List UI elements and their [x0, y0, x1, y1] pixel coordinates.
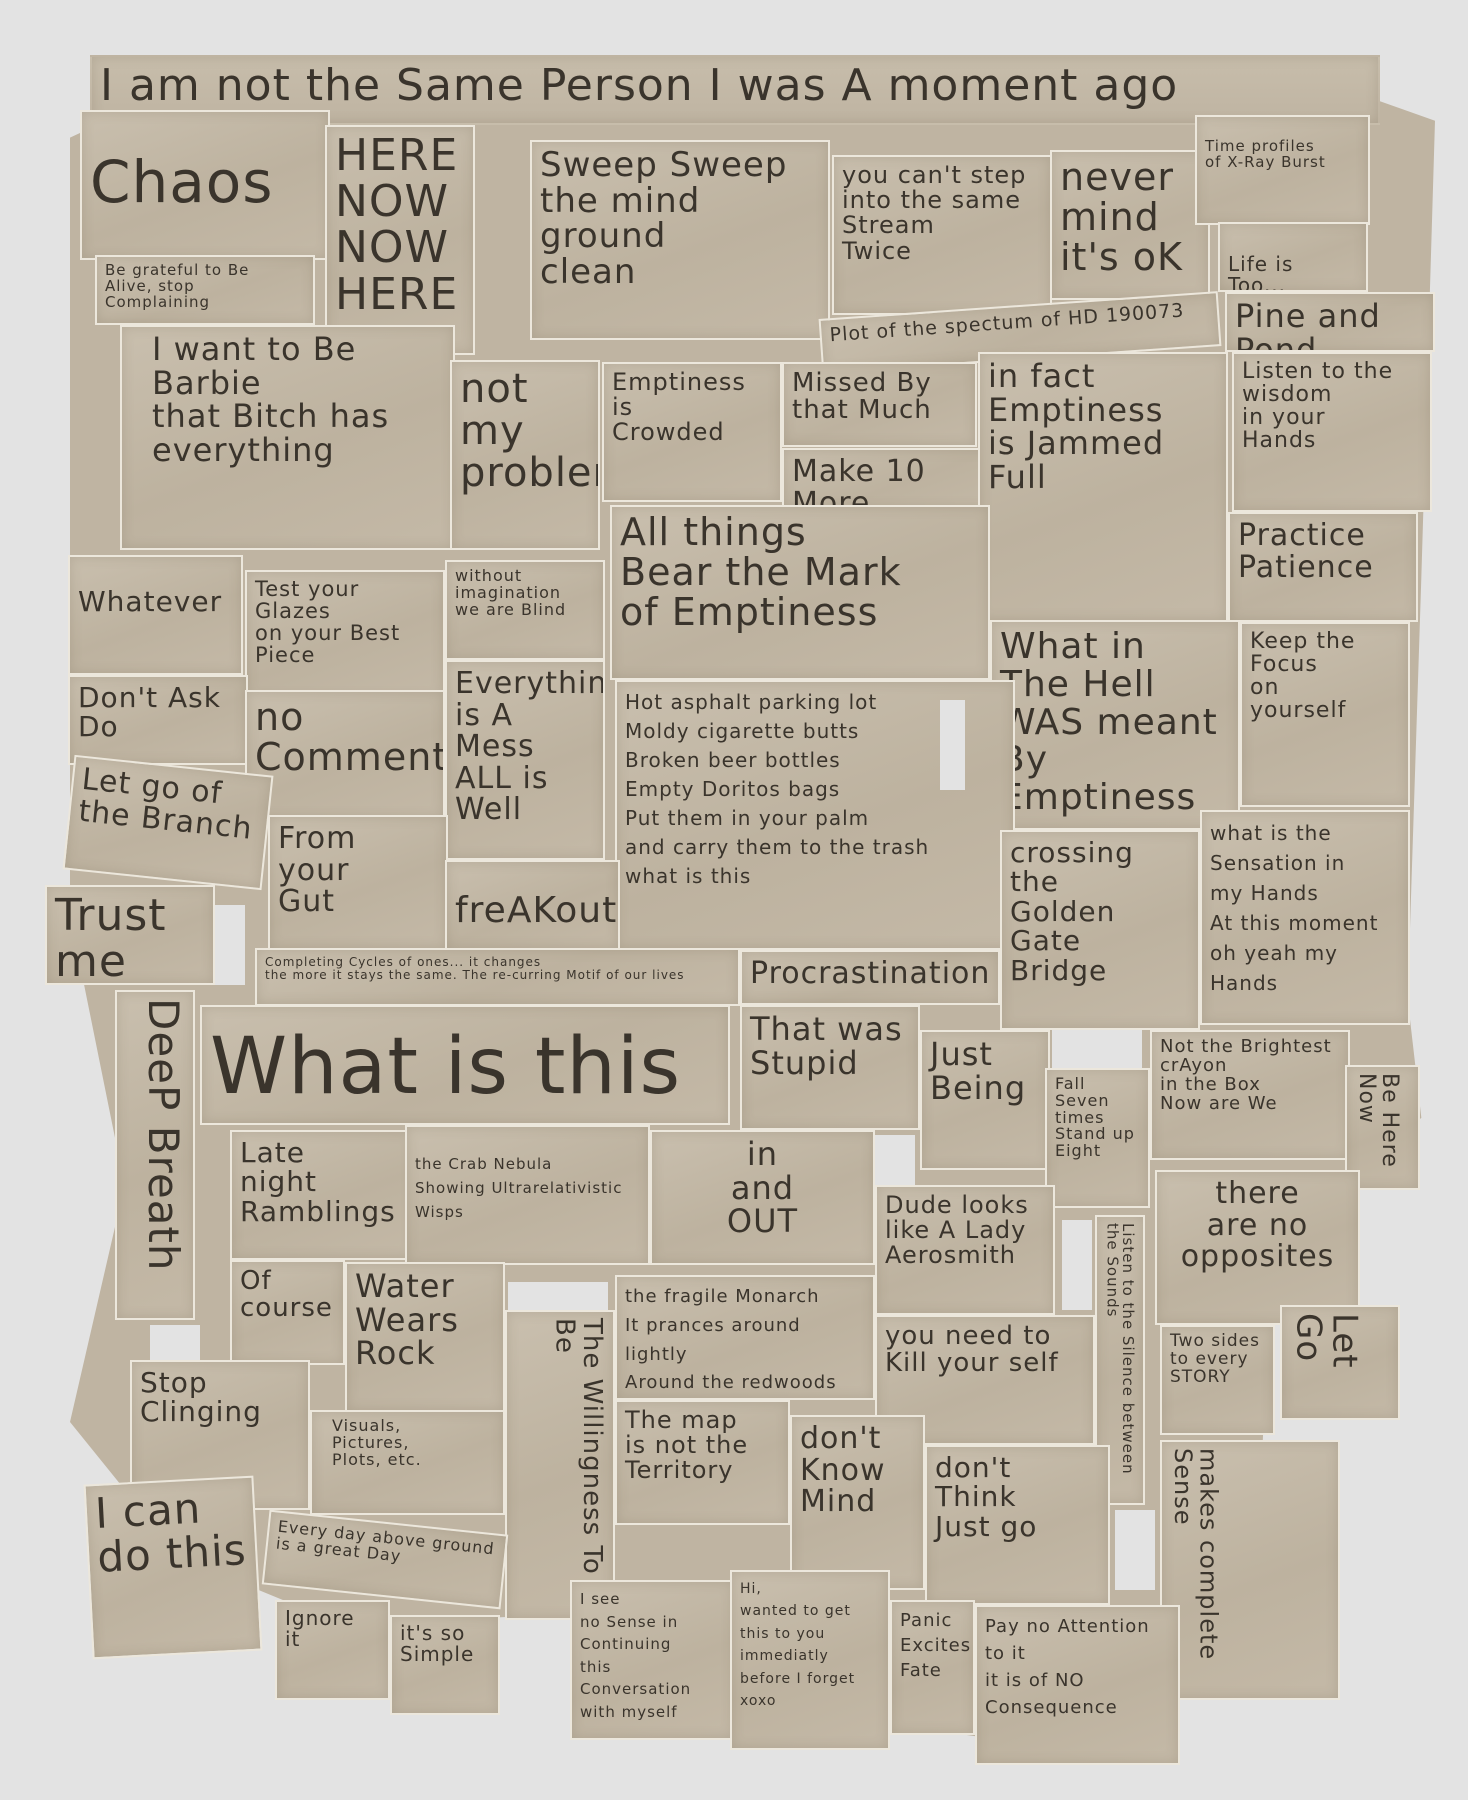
patch-listen-wisdom: Listen to the wisdom in your Hands: [1232, 352, 1432, 512]
patch-hi-note: Hi, wanted to get this to you immediatly…: [730, 1570, 890, 1750]
patch-water-rock: Water Wears Rock: [345, 1262, 505, 1412]
patch-text: What is this: [210, 1027, 720, 1109]
patch-sweep: Sweep Sweep the mind ground clean: [530, 140, 830, 340]
patch-text: what is the Sensation in my Hands At thi…: [1210, 818, 1400, 998]
fabric-hole: [215, 905, 245, 985]
fabric-hole: [1062, 1220, 1092, 1310]
patch-barbie: I want to Be Barbie that Bitch has every…: [120, 325, 455, 550]
patch-text: the fragile Monarch It prances around li…: [625, 1283, 865, 1398]
patch-text: Everything is A Mess ALL is Well: [455, 668, 595, 826]
patch-no-opposites: there are no opposites: [1155, 1170, 1360, 1325]
patch-what-in-hell: What in The Hell WAS meant By Emptiness: [990, 620, 1240, 830]
patch-text: in fact Emptiness is Jammed Full: [988, 360, 1218, 494]
patch-text: in and OUT: [660, 1138, 865, 1239]
patch-procrastination: Procrastination: [740, 950, 1000, 1005]
patch-text: Two sides to every STORY: [1170, 1333, 1265, 1387]
patch-text: the Crab Nebula Showing Ultrarelativisti…: [415, 1152, 640, 1224]
patch-ignore: Ignore it: [275, 1600, 390, 1700]
patch-text: Time profiles of X-Ray Burst: [1205, 139, 1360, 171]
patch-text: Completing Cycles of ones... it changes …: [265, 956, 730, 981]
patch-text: The Willingness To Be: [550, 1318, 605, 1612]
patch-of-course: Of course: [230, 1260, 345, 1365]
patch-text: there are no opposites: [1165, 1178, 1350, 1273]
patch-text: Stop Clinging: [140, 1368, 300, 1427]
patch-pine-pond: Pine and Pond: [1225, 292, 1435, 352]
patch-text: Missed By that Much: [792, 370, 967, 425]
patch-text: no Comment: [255, 698, 435, 778]
patch-text: Let go of the Branch: [77, 764, 263, 845]
patch-deep-breath: DeeP Breath: [115, 990, 195, 1320]
patch-text: it's so Simple: [400, 1623, 490, 1665]
patch-text: Test your Glazes on your Best Piece: [255, 578, 435, 666]
patch-here-now: HERE NOW NOW HERE: [325, 125, 475, 355]
patch-willingness: The Willingness To Be: [505, 1310, 615, 1620]
patch-stupid: That was Stupid: [740, 1005, 920, 1130]
patch-text: Practice Patience: [1238, 520, 1408, 583]
patch-text: I see no Sense in Continuing this Conver…: [580, 1588, 725, 1723]
patch-text: Visuals, Pictures, Plots, etc.: [332, 1418, 495, 1468]
patch-dont-know: don't Know Mind: [790, 1415, 925, 1590]
patch-no-comment: no Comment: [245, 690, 445, 820]
patch-whatever: Whatever: [68, 555, 243, 675]
patch-all-things: All things Bear the Mark of Emptiness: [610, 505, 990, 680]
patch-dont-ask: Don't Ask Do: [68, 675, 248, 765]
patch-practice: Practice Patience: [1228, 512, 1418, 622]
patch-text: without imagination we are Blind: [455, 568, 595, 618]
patch-not-my-problem: not my problem: [450, 360, 600, 550]
patch-keep-focus: Keep the Focus on yourself: [1240, 622, 1410, 807]
patch-sensation: what is the Sensation in my Hands At thi…: [1200, 810, 1410, 1025]
patch-late-night: Late night Ramblings: [230, 1130, 415, 1260]
patch-text: Just Being: [930, 1038, 1040, 1105]
patch-text: Let Go: [1290, 1313, 1361, 1412]
patch-text: don't Know Mind: [800, 1423, 915, 1518]
patch-text: Don't Ask Do: [78, 683, 238, 742]
patch-missed: Missed By that Much: [782, 362, 977, 447]
patch-text: Emptiness is Crowded: [612, 370, 772, 446]
patch-text: Water Wears Rock: [355, 1270, 495, 1371]
patch-text: I am not the Same Person I was A moment …: [100, 63, 1370, 109]
patch-fall-seven: Fall Seven times Stand up Eight: [1045, 1068, 1150, 1208]
patch-text: Pine and Pond: [1235, 300, 1425, 352]
patch-life-too: Life is Too...: [1218, 222, 1368, 292]
patch-so-simple: it's so Simple: [390, 1615, 500, 1715]
patch-text: Make 10 More: [792, 456, 997, 510]
patch-text: All things Bear the Mark of Emptiness: [620, 513, 980, 633]
patch-text: Hi, wanted to get this to you immediatly…: [740, 1578, 880, 1712]
patch-text: Keep the Focus on yourself: [1250, 630, 1400, 722]
patch-text: DeeP Breath: [141, 998, 185, 1312]
patch-text: Be grateful to Be Alive, stop Complainin…: [105, 263, 305, 310]
patch-text: not my problem: [460, 368, 590, 494]
patch-dont-think: don't Think Just go: [925, 1445, 1110, 1605]
patch-crossing: crossing the Golden Gate Bridge: [1000, 830, 1200, 1030]
patch-text: Be Here Now: [1355, 1073, 1401, 1182]
patch-in-out: in and OUT: [650, 1130, 875, 1265]
patch-everything-mess: Everything is A Mess ALL is Well: [445, 660, 605, 860]
patch-two-sides: Two sides to every STORY: [1160, 1325, 1275, 1435]
patch-text: Life is Too...: [1228, 254, 1358, 292]
patch-text: Of course: [240, 1268, 335, 1323]
patch-no-sense: I see no Sense in Continuing this Conver…: [570, 1580, 735, 1740]
patch-text: What in The Hell WAS meant By Emptiness: [1000, 628, 1230, 817]
patch-trust: Trust me: [45, 885, 215, 985]
patch-text: never mind it's oK: [1060, 158, 1200, 278]
fabric-hole: [940, 700, 965, 790]
patch-dude: Dude looks like A Lady Aerosmith: [875, 1185, 1055, 1315]
patch-text: That was Stupid: [750, 1013, 910, 1080]
patch-panic: Panic Excites Fate: [890, 1600, 975, 1735]
patch-never-mind: never mind it's oK: [1050, 150, 1210, 300]
patch-text: Whatever: [78, 587, 233, 616]
patch-text: Procrastination: [750, 958, 990, 990]
fabric-hole: [875, 1135, 915, 1190]
patch-text: crossing the Golden Gate Bridge: [1010, 838, 1190, 985]
patch-let-go: Let go of the Branch: [63, 755, 274, 890]
patch-text: don't Think Just go: [935, 1453, 1100, 1541]
patch-i-can: I can do this: [84, 1476, 263, 1660]
patch-text: Dude looks like A Lady Aerosmith: [885, 1193, 1045, 1269]
patch-text: freAKout: [455, 892, 610, 930]
patch-what-is-this: What is this: [200, 1005, 730, 1125]
patch-in-fact: in fact Emptiness is Jammed Full: [978, 352, 1228, 622]
patch-make-more: Make 10 More: [782, 448, 1007, 510]
patch-text: Chaos: [90, 152, 320, 213]
patch-just-being: Just Being: [920, 1030, 1050, 1170]
patch-from-gut: From your Gut: [268, 815, 448, 950]
patch-text: Listen to the wisdom in your Hands: [1242, 360, 1422, 452]
patch-text: Not the Brightest crAyon in the Box Now …: [1160, 1038, 1340, 1114]
patch-xray: Time profiles of X-Ray Burst: [1195, 115, 1370, 225]
patch-freakout: freAKout: [445, 860, 620, 950]
patch-text: Ignore it: [285, 1608, 380, 1650]
patch-text: Pay no Attention to it it is of NO Conse…: [985, 1613, 1170, 1721]
fabric-hole: [1115, 1510, 1155, 1590]
patch-cycles: Completing Cycles of ones... it changes …: [255, 948, 740, 1006]
patch-crab-nebula: the Crab Nebula Showing Ultrarelativisti…: [405, 1125, 650, 1265]
patch-map-territory: The map is not the Territory: [615, 1400, 790, 1525]
fabric-hole: [150, 1325, 200, 1360]
patch-text: you need to Kill your self: [885, 1323, 1085, 1378]
patch-no-attention: Pay no Attention to it it is of NO Conse…: [975, 1605, 1180, 1765]
patch-text: I want to Be Barbie that Bitch has every…: [152, 333, 445, 467]
fabric-hole: [1052, 1030, 1142, 1070]
patch-text: Fall Seven times Stand up Eight: [1055, 1076, 1140, 1160]
patch-text: Late night Ramblings: [240, 1138, 405, 1226]
patch-text: I can do this: [94, 1484, 248, 1580]
patch-text: Sweep Sweep the mind ground clean: [540, 148, 820, 291]
patch-let-go-rotated: Let Go: [1280, 1305, 1400, 1420]
patch-text: you can't step into the same Stream Twic…: [842, 163, 1042, 264]
patch-text: HERE NOW NOW HERE: [335, 133, 465, 318]
quilt-artwork: I am not the Same Person I was A moment …: [0, 0, 1468, 1800]
patch-imagination: without imagination we are Blind: [445, 560, 605, 660]
patch-emptiness-crowded: Emptiness is Crowded: [602, 362, 782, 502]
patch-brightest: Not the Brightest crAyon in the Box Now …: [1150, 1030, 1350, 1160]
patch-stream: you can't step into the same Stream Twic…: [832, 155, 1052, 315]
patch-monarch: the fragile Monarch It prances around li…: [615, 1275, 875, 1400]
patch-visuals: Visuals, Pictures, Plots, etc.: [310, 1410, 505, 1515]
patch-text: The map is not the Territory: [625, 1408, 780, 1484]
patch-glazes: Test your Glazes on your Best Piece: [245, 570, 445, 700]
patch-text: Panic Excites Fate: [900, 1608, 965, 1684]
patch-text: From your Gut: [278, 823, 438, 918]
patch-complete-sense: makes complete Sense: [1160, 1440, 1340, 1700]
patch-grateful: Be grateful to Be Alive, stop Complainin…: [95, 255, 315, 325]
patch-text: Trust me: [55, 893, 205, 985]
patch-chaos: Chaos: [80, 110, 330, 260]
